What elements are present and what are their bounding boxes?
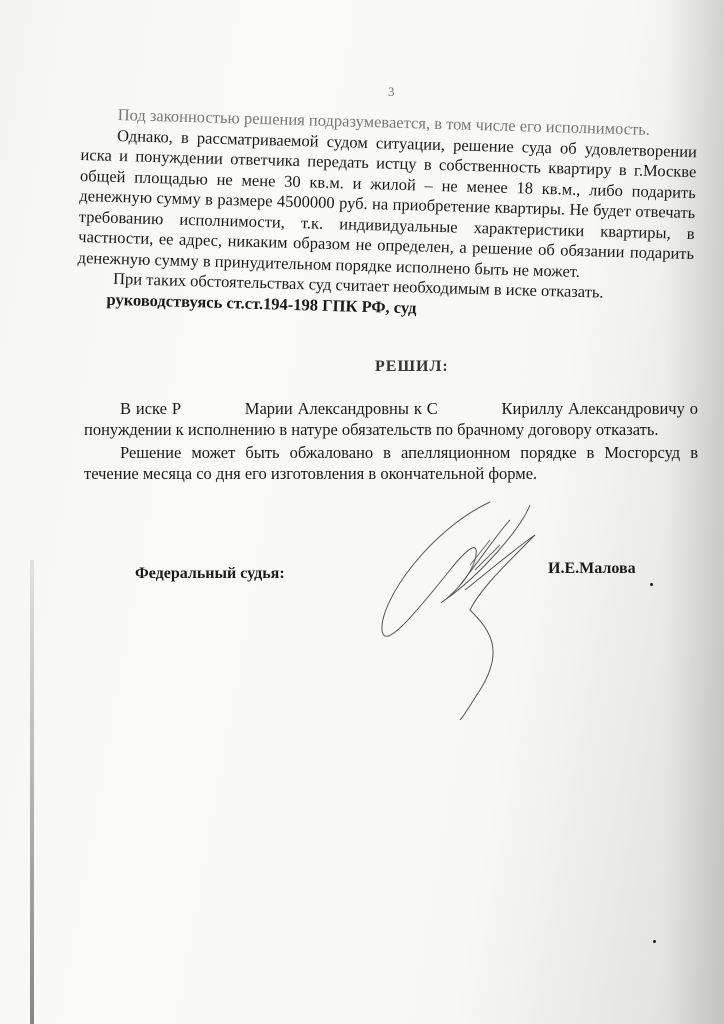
signature-icon: [370, 490, 600, 720]
scan-speck: [650, 583, 653, 586]
reasoning-block: Под законностью решения подразумевается,…: [76, 104, 697, 326]
judge-name: И.Е.Малова: [548, 560, 636, 578]
judge-label: Федеральный судья:: [135, 565, 285, 583]
paragraph-reasoning: Однако, в рассматриваемой судом ситуации…: [77, 124, 697, 285]
page-number: 3: [388, 84, 395, 100]
resolution-claim: В иске Р Марии Александровны к С Кириллу…: [84, 398, 698, 440]
resolution-block: В иске Р Марии Александровны к С Кириллу…: [84, 398, 698, 484]
resolution-appeal: Решение может быть обжаловано в апелляци…: [84, 442, 698, 484]
document-page: 3 Под законностью решения подразумеваетс…: [0, 0, 724, 1024]
decided-heading: РЕШИЛ:: [375, 358, 449, 376]
scan-speck: [653, 940, 656, 943]
scan-edge: [30, 560, 34, 1024]
